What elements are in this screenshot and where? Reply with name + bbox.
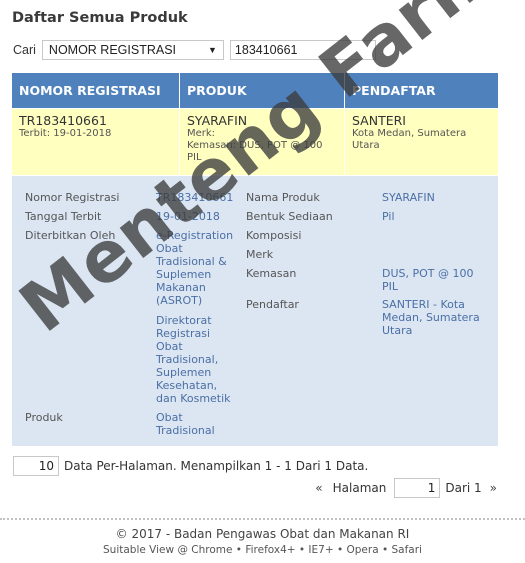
next-page-icon[interactable]: »: [490, 481, 497, 495]
footer-divider: [0, 518, 525, 520]
table-header: NOMOR REGISTRASI PRODUK PENDAFTAR: [12, 73, 498, 108]
detail-label-diterbitkan: Diterbitkan Oleh: [25, 229, 115, 242]
page-label: Halaman: [333, 481, 387, 495]
detail-label-nomor: Nomor Registrasi: [25, 191, 119, 204]
registrant-location: Kota Medan, Sumatera Utara: [352, 128, 491, 152]
detail-label-komposisi: Komposisi: [246, 229, 301, 242]
header-pendaftar: PENDAFTAR: [344, 73, 498, 108]
detail-label-produk: Produk: [25, 411, 63, 424]
search-input[interactable]: 183410661: [230, 40, 376, 60]
product-packaging: Kemasan: DUS, POT @ 100 PIL: [187, 140, 337, 164]
page-navigation: « Halaman 1 Dari 1 »: [315, 478, 497, 498]
detail-panel: Nomor Registrasi TR183410661 Tanggal Ter…: [12, 175, 498, 446]
search-label: Cari: [13, 43, 36, 57]
detail-value-bentuk: Pil: [382, 210, 395, 223]
page-total: Dari 1: [445, 481, 481, 495]
search-field-value: NOMOR REGISTRASI: [49, 43, 176, 57]
footer-browser-compat: Suitable View @ Chrome • Firefox4+ • IE7…: [0, 543, 525, 558]
detail-value-direktorat: Direktorat Registrasi Obat Tradisional, …: [156, 314, 238, 405]
detail-label-bentuk: Bentuk Sediaan: [246, 210, 333, 223]
detail-value-tanggal: 19-01-2018: [156, 210, 220, 223]
cell-pendaftar: SANTERI Kota Medan, Sumatera Utara: [344, 109, 498, 175]
header-produk: PRODUK: [179, 73, 344, 108]
page-number-input[interactable]: 1: [394, 478, 440, 498]
per-page-input[interactable]: 10: [13, 456, 59, 476]
product-name: SYARAFIN: [187, 114, 337, 128]
detail-value-produk: Obat Tradisional: [156, 411, 226, 437]
registration-number: TR183410661: [19, 114, 172, 128]
table-row[interactable]: TR183410661 Terbit: 19-01-2018 SYARAFIN …: [12, 108, 498, 175]
prev-page-icon[interactable]: «: [315, 481, 322, 495]
detail-label-merk: Merk: [246, 248, 273, 261]
product-table: NOMOR REGISTRASI PRODUK PENDAFTAR TR1834…: [12, 73, 498, 446]
detail-label-kemasan: Kemasan: [246, 267, 296, 280]
cell-nomor: TR183410661 Terbit: 19-01-2018: [12, 109, 179, 175]
detail-value-kemasan: DUS, POT @ 100 PIL: [382, 267, 487, 293]
pagination-summary: Data Per-Halaman. Menampilkan 1 - 1 Dari…: [64, 459, 368, 473]
detail-value-pendaftar: SANTERI - Kota Medan, Sumatera Utara: [382, 298, 490, 337]
page-title: Daftar Semua Produk: [12, 10, 188, 26]
detail-value-nomor: TR183410661: [156, 191, 233, 204]
header-nomor-registrasi: NOMOR REGISTRASI: [12, 73, 179, 108]
product-brand: Merk:: [187, 128, 337, 140]
detail-label-pendaftar: Pendaftar: [246, 298, 299, 311]
chevron-down-icon: ▼: [208, 45, 217, 55]
issue-date: Terbit: 19-01-2018: [19, 128, 172, 140]
search-bar: Cari NOMOR REGISTRASI ▼ 183410661: [13, 40, 376, 60]
footer: © 2017 - Badan Pengawas Obat dan Makanan…: [0, 526, 525, 558]
cell-produk: SYARAFIN Merk: Kemasan: DUS, POT @ 100 P…: [179, 109, 344, 175]
detail-value-diterbitkan: e-Registration Obat Tradisional & Suplem…: [156, 229, 238, 307]
registrant-name: SANTERI: [352, 114, 491, 128]
footer-copyright: © 2017 - Badan Pengawas Obat dan Makanan…: [0, 526, 525, 543]
detail-value-nama-produk: SYARAFIN: [382, 191, 435, 204]
detail-label-nama-produk: Nama Produk: [246, 191, 320, 204]
detail-label-tanggal: Tanggal Terbit: [25, 210, 101, 223]
search-field-select[interactable]: NOMOR REGISTRASI ▼: [42, 40, 224, 60]
per-page-row: 10 Data Per-Halaman. Menampilkan 1 - 1 D…: [13, 456, 368, 476]
